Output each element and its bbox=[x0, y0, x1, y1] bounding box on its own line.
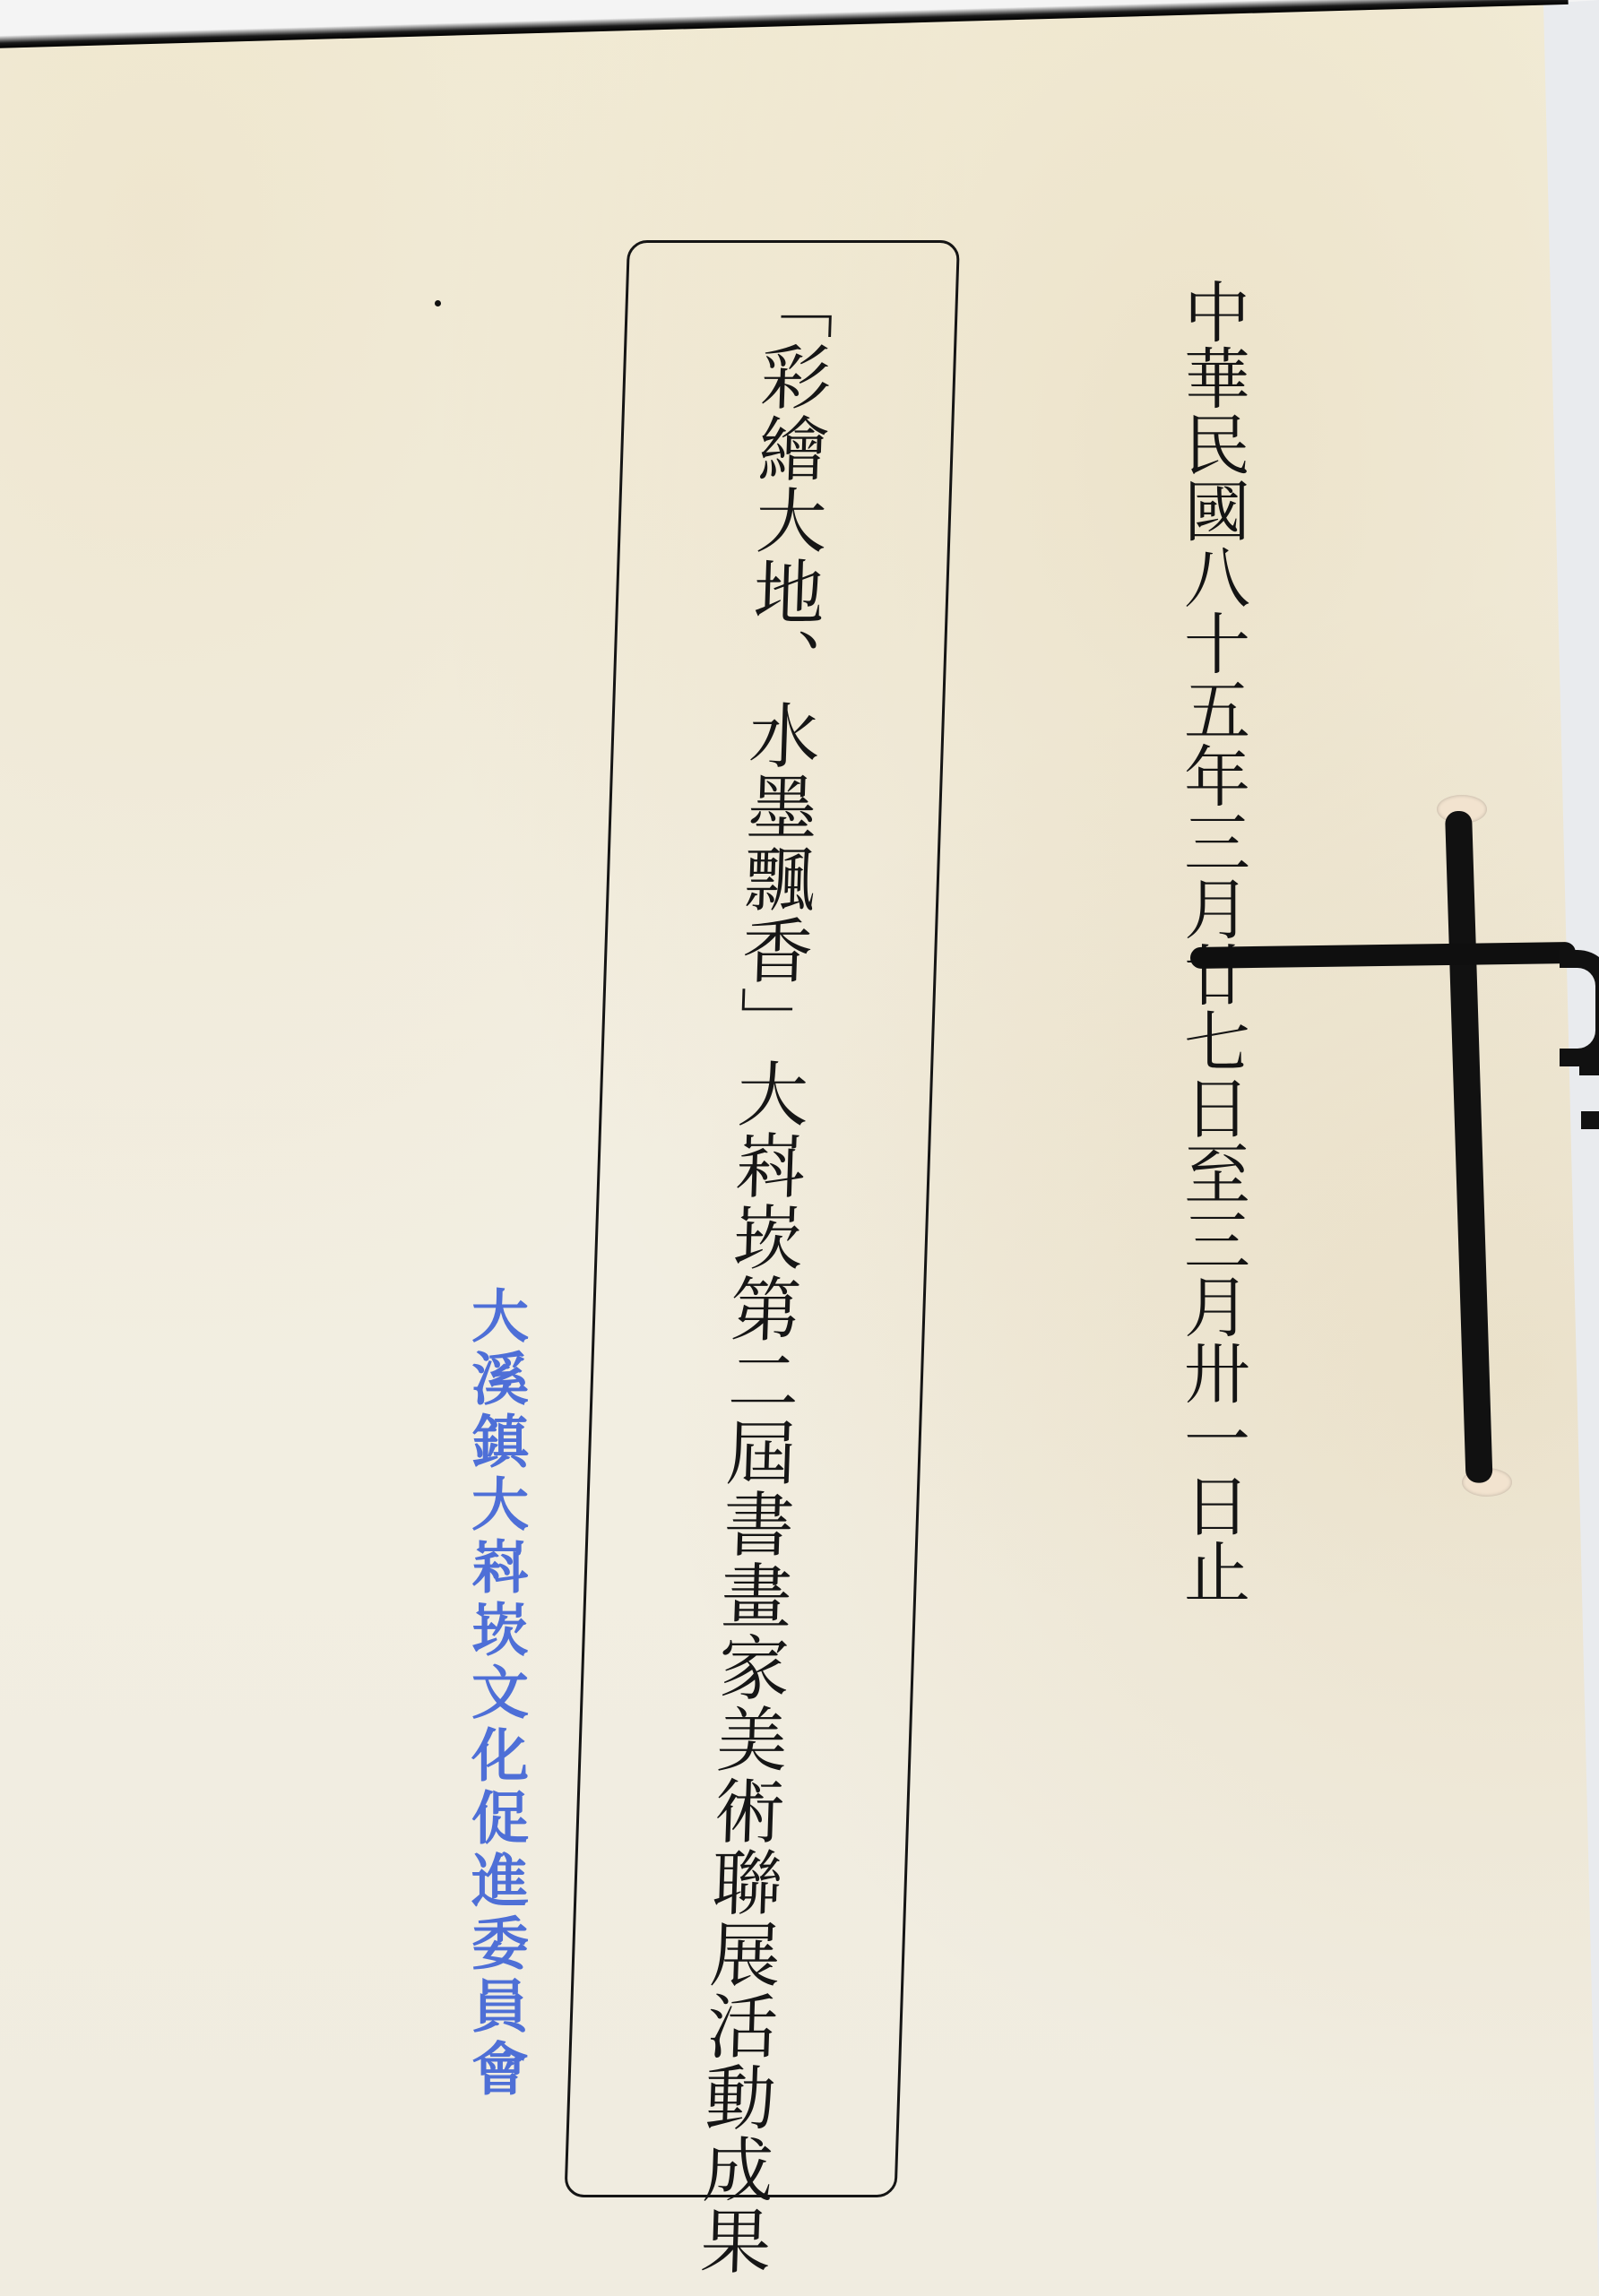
binding-string-loop bbox=[1560, 950, 1599, 1066]
ink-speck bbox=[435, 300, 441, 306]
binding-string-tail bbox=[1579, 1057, 1599, 1075]
issuer-stamp: 大溪鎮大嵙崁文化促進委員會 bbox=[466, 1286, 523, 2102]
date-range: 中華民國八十五年三月廿七日至三月卅一日止 bbox=[1179, 278, 1245, 1604]
binding-string-tail bbox=[1581, 1111, 1599, 1129]
